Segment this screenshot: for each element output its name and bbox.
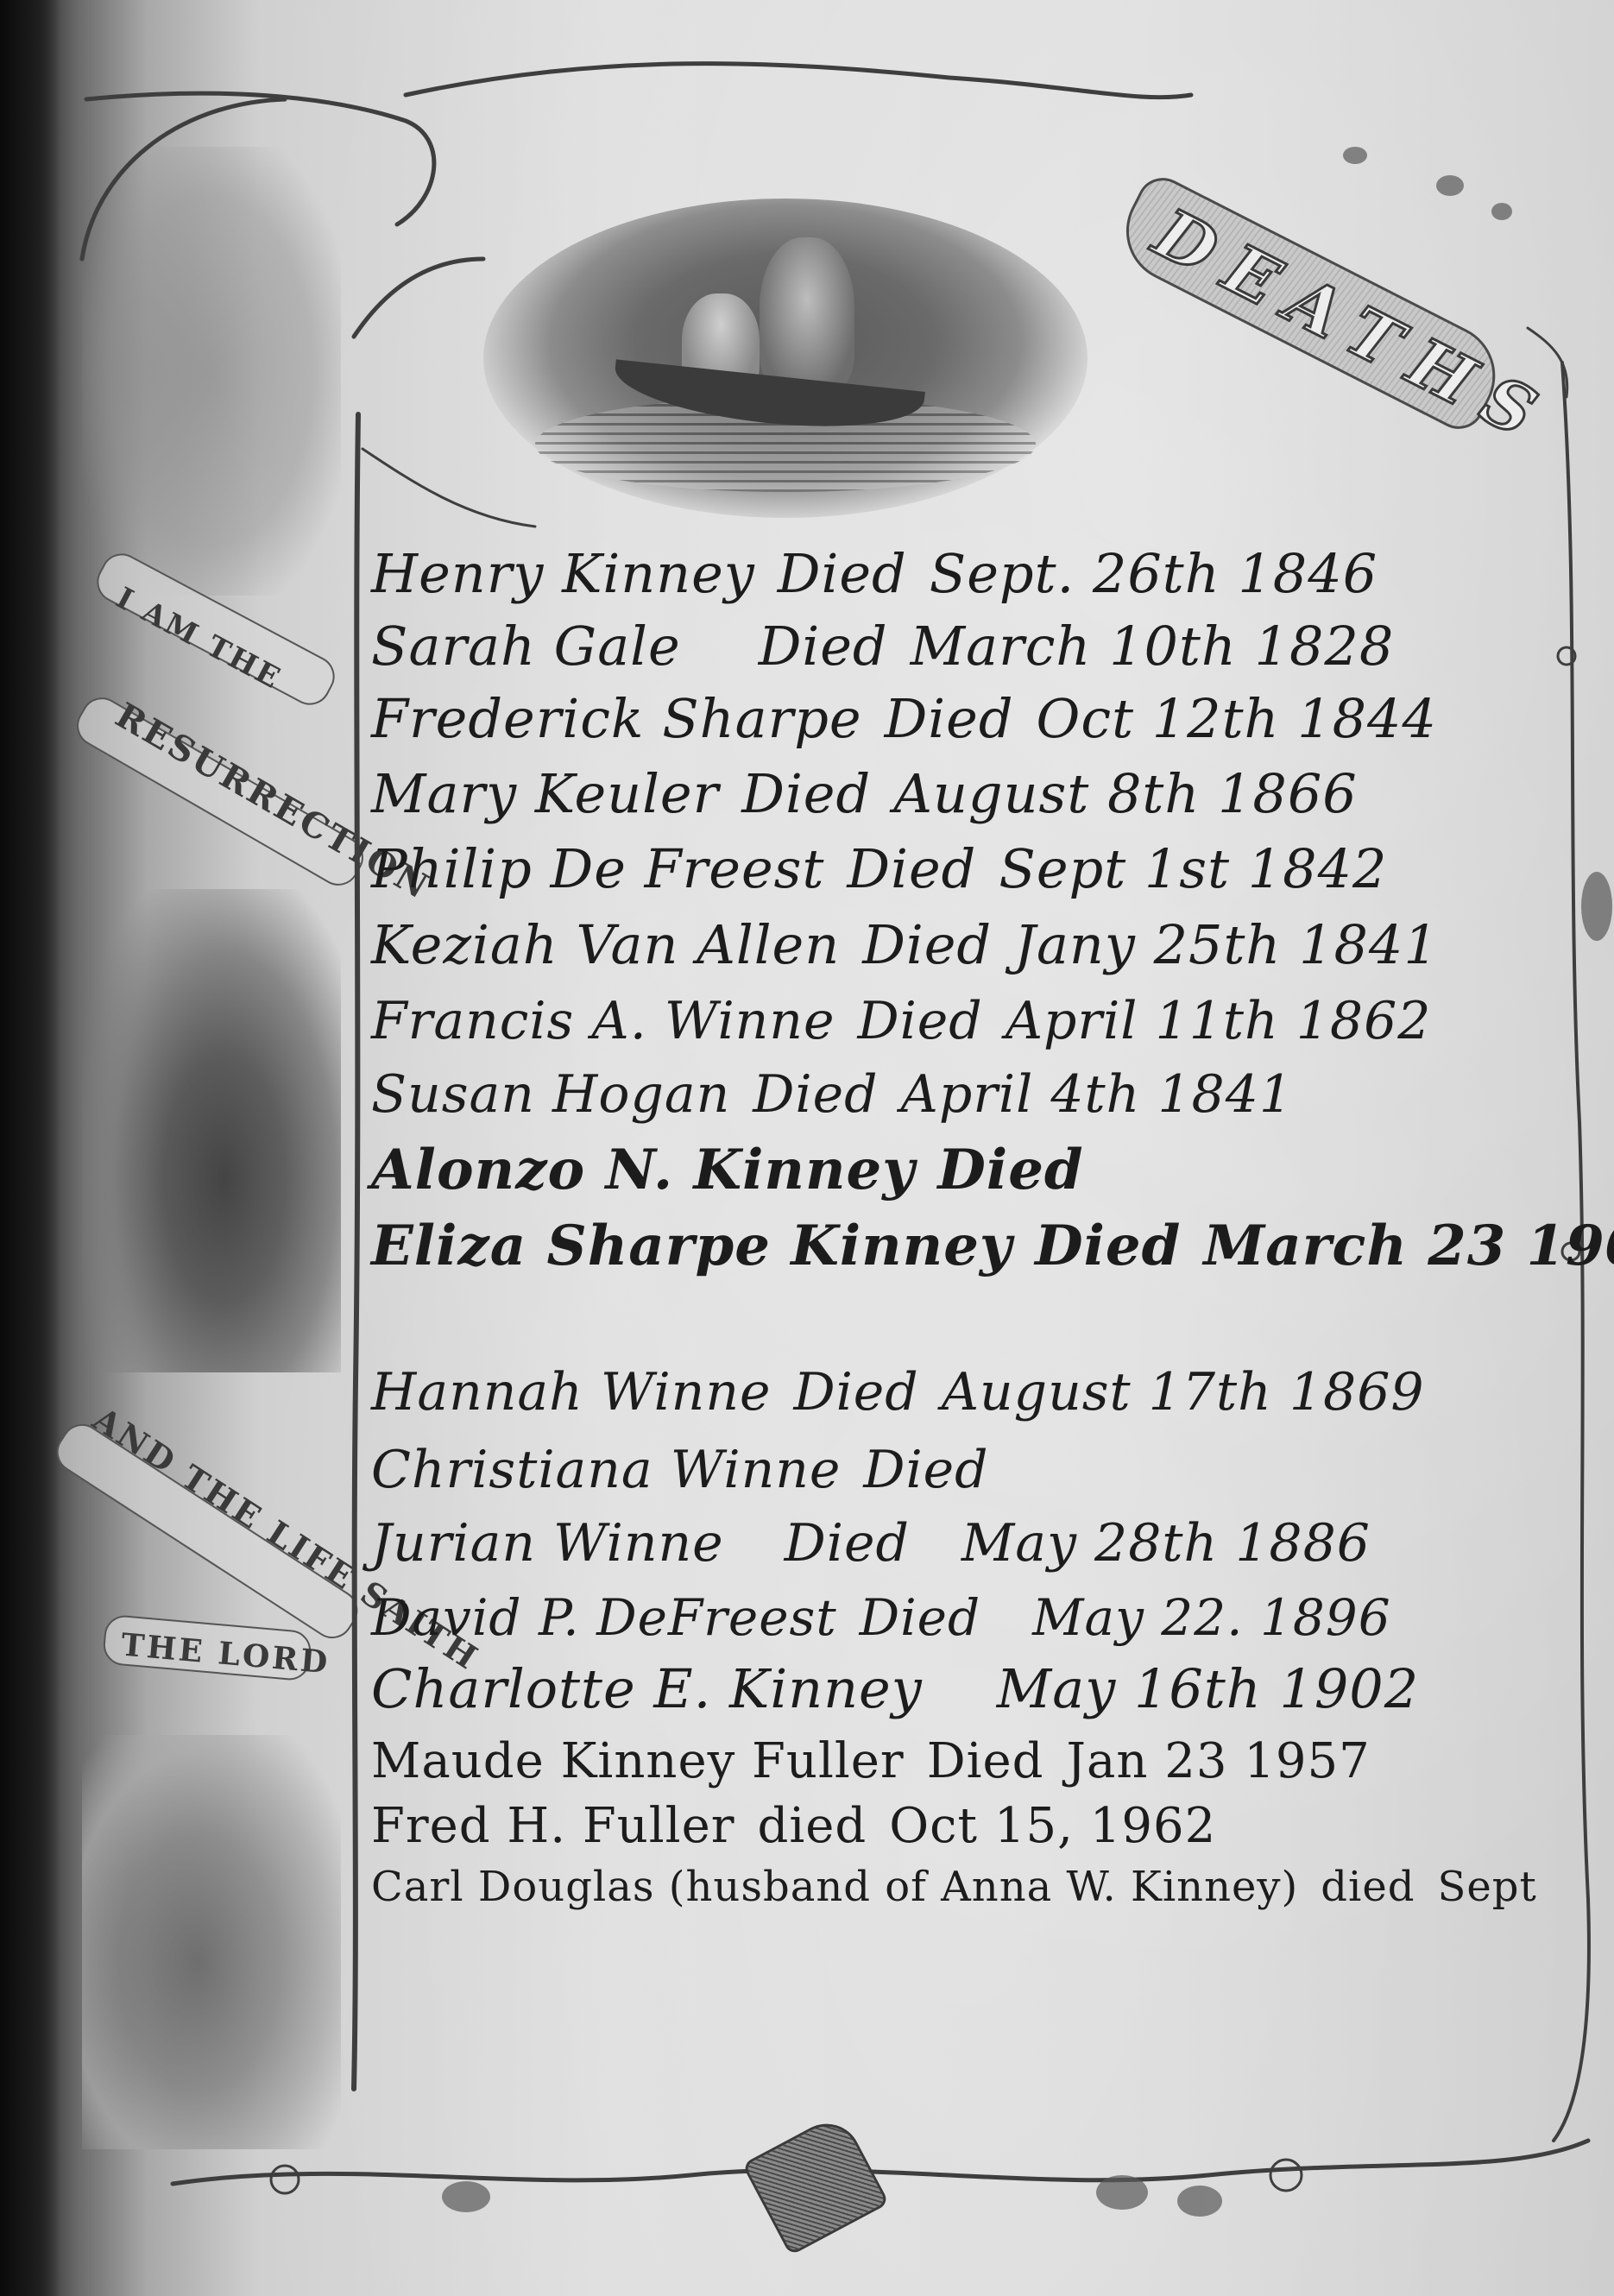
entry-died-label: Died <box>759 615 888 678</box>
entry-date: Jan 23 1957 <box>1067 1733 1371 1789</box>
register-entry: Jurian WinneDiedMay 28th 1886 <box>371 1513 1371 1574</box>
entry-name: Keziah Van Allen <box>371 913 840 976</box>
entry-died-label: died <box>758 1798 867 1854</box>
entry-died-label: Died <box>927 1733 1044 1789</box>
entry-name: Christiana Winne <box>371 1440 841 1500</box>
entry-date: April 11th 1862 <box>1006 991 1432 1051</box>
register-entry: Keziah Van AllenDiedJany 25th 1841 <box>371 913 1439 976</box>
urn-icon <box>741 2112 889 2256</box>
entry-name: Susan Hogan <box>371 1064 730 1125</box>
register-entry: Sarah GaleDiedMarch 10th 1828 <box>371 615 1394 678</box>
entry-died-label: Died <box>753 1064 878 1125</box>
book-binding-shadow <box>0 0 60 2296</box>
entry-date: April 4th 1841 <box>901 1064 1294 1125</box>
register-entry: Christiana WinneDied <box>371 1440 1012 1500</box>
entry-date: May 22. 1896 <box>1032 1588 1390 1647</box>
register-entry: Carl Douglas (husband of Anna W. Kinney)… <box>371 1863 1537 1911</box>
register-entry: Charlotte E. KinneyMay 16th 1902 <box>371 1657 1419 1720</box>
entry-date: Oct 12th 1844 <box>1037 687 1437 750</box>
entry-died-label: Died <box>863 1440 988 1500</box>
entry-name: Francis A. Winne <box>371 991 835 1051</box>
entry-date: March 10th 1828 <box>911 615 1395 678</box>
entry-died-label: Died <box>857 991 982 1051</box>
entry-name: Alonzo N. Kinney <box>371 1138 915 1202</box>
entry-died-label: Died <box>741 762 871 825</box>
standing-figure <box>760 237 854 393</box>
entry-date: Sept <box>1437 1863 1536 1911</box>
entry-date: August 8th 1866 <box>893 762 1358 825</box>
entry-died-label: Died <box>885 687 1014 750</box>
entry-died-label: Died <box>1035 1214 1181 1278</box>
deaths-banner: DEATHS <box>1069 138 1532 488</box>
entry-name: Eliza Sharpe Kinney <box>371 1214 1012 1278</box>
register-entry: Hannah WinneDiedAugust 17th 1869 <box>371 1362 1425 1422</box>
entry-date: Oct 15, 1962 <box>889 1798 1216 1854</box>
entry-died-label: Died <box>785 1513 910 1574</box>
register-entry: Henry KinneyDiedSept. 26th 1846 <box>371 542 1378 605</box>
register-entry: Mary KeulerDiedAugust 8th 1866 <box>371 762 1358 825</box>
register-entry: Susan HoganDiedApril 4th 1841 <box>371 1064 1293 1125</box>
entry-name: Fred H. Fuller <box>371 1798 735 1854</box>
entry-date: March 23 1905 <box>1203 1214 1614 1278</box>
urn-ornament <box>682 2115 941 2253</box>
entry-date: Sept. 26th 1846 <box>930 542 1378 605</box>
entry-name: Charlotte E. Kinney <box>371 1657 923 1720</box>
entry-date: Jany 25th 1841 <box>1014 913 1439 976</box>
register-entry: Fred H. FullerdiedOct 15, 1962 <box>371 1798 1216 1854</box>
entry-name: David P. DeFreest <box>371 1588 837 1647</box>
entry-died-label: Died <box>937 1138 1083 1202</box>
entry-name: Hannah Winne <box>371 1362 771 1422</box>
church-procession-engraving <box>82 889 341 1372</box>
bible-page: I AM THE RESURRECTION AND THE LIFE SAITH… <box>0 0 1614 2296</box>
register-entry: Frederick SharpeDiedOct 12th 1844 <box>371 687 1437 750</box>
register-entry: David P. DeFreestDiedMay 22. 1896 <box>371 1588 1391 1647</box>
register-entry: Maude Kinney FullerDiedJan 23 1957 <box>371 1733 1371 1789</box>
register-entry: Francis A. WinneDiedApril 11th 1862 <box>371 991 1431 1051</box>
entry-name: Henry Kinney <box>371 542 755 605</box>
entry-died-label: died <box>1321 1863 1415 1911</box>
entry-name: Frederick Sharpe <box>371 687 862 750</box>
entry-name: Philip De Freest <box>371 837 824 900</box>
page-title: DEATHS <box>1143 194 1501 428</box>
register-entry: Alonzo N. KinneyDied <box>371 1138 1106 1202</box>
entry-name: Maude Kinney Fuller <box>371 1733 905 1789</box>
entry-name: Sarah Gale <box>371 615 681 678</box>
entry-died-label: Died <box>860 1588 981 1647</box>
register-entry: Philip De FreestDiedSept 1st 1842 <box>371 837 1388 900</box>
angel-engraving <box>82 147 341 596</box>
entry-date: Sept 1st 1842 <box>999 837 1387 900</box>
entry-name: Mary Keuler <box>371 762 719 825</box>
boat-scene-vignette <box>483 199 1088 518</box>
entry-died-label: Died <box>778 542 907 605</box>
entry-died-label: Died <box>793 1362 918 1422</box>
scroll-banner <box>48 1416 365 1646</box>
entry-date: May 28th 1886 <box>961 1513 1371 1574</box>
entry-died-label: Died <box>847 837 976 900</box>
mourner-at-grave-engraving <box>82 1735 341 2149</box>
entry-name: Jurian Winne <box>371 1513 724 1574</box>
register-entry: Eliza Sharpe KinneyDiedMarch 23 1905 <box>371 1214 1614 1278</box>
entry-date: May 16th 1902 <box>997 1657 1419 1720</box>
entry-name: Carl Douglas (husband of Anna W. Kinney) <box>371 1863 1298 1911</box>
entry-date: August 17th 1869 <box>942 1362 1425 1422</box>
entry-died-label: Died <box>862 913 992 976</box>
